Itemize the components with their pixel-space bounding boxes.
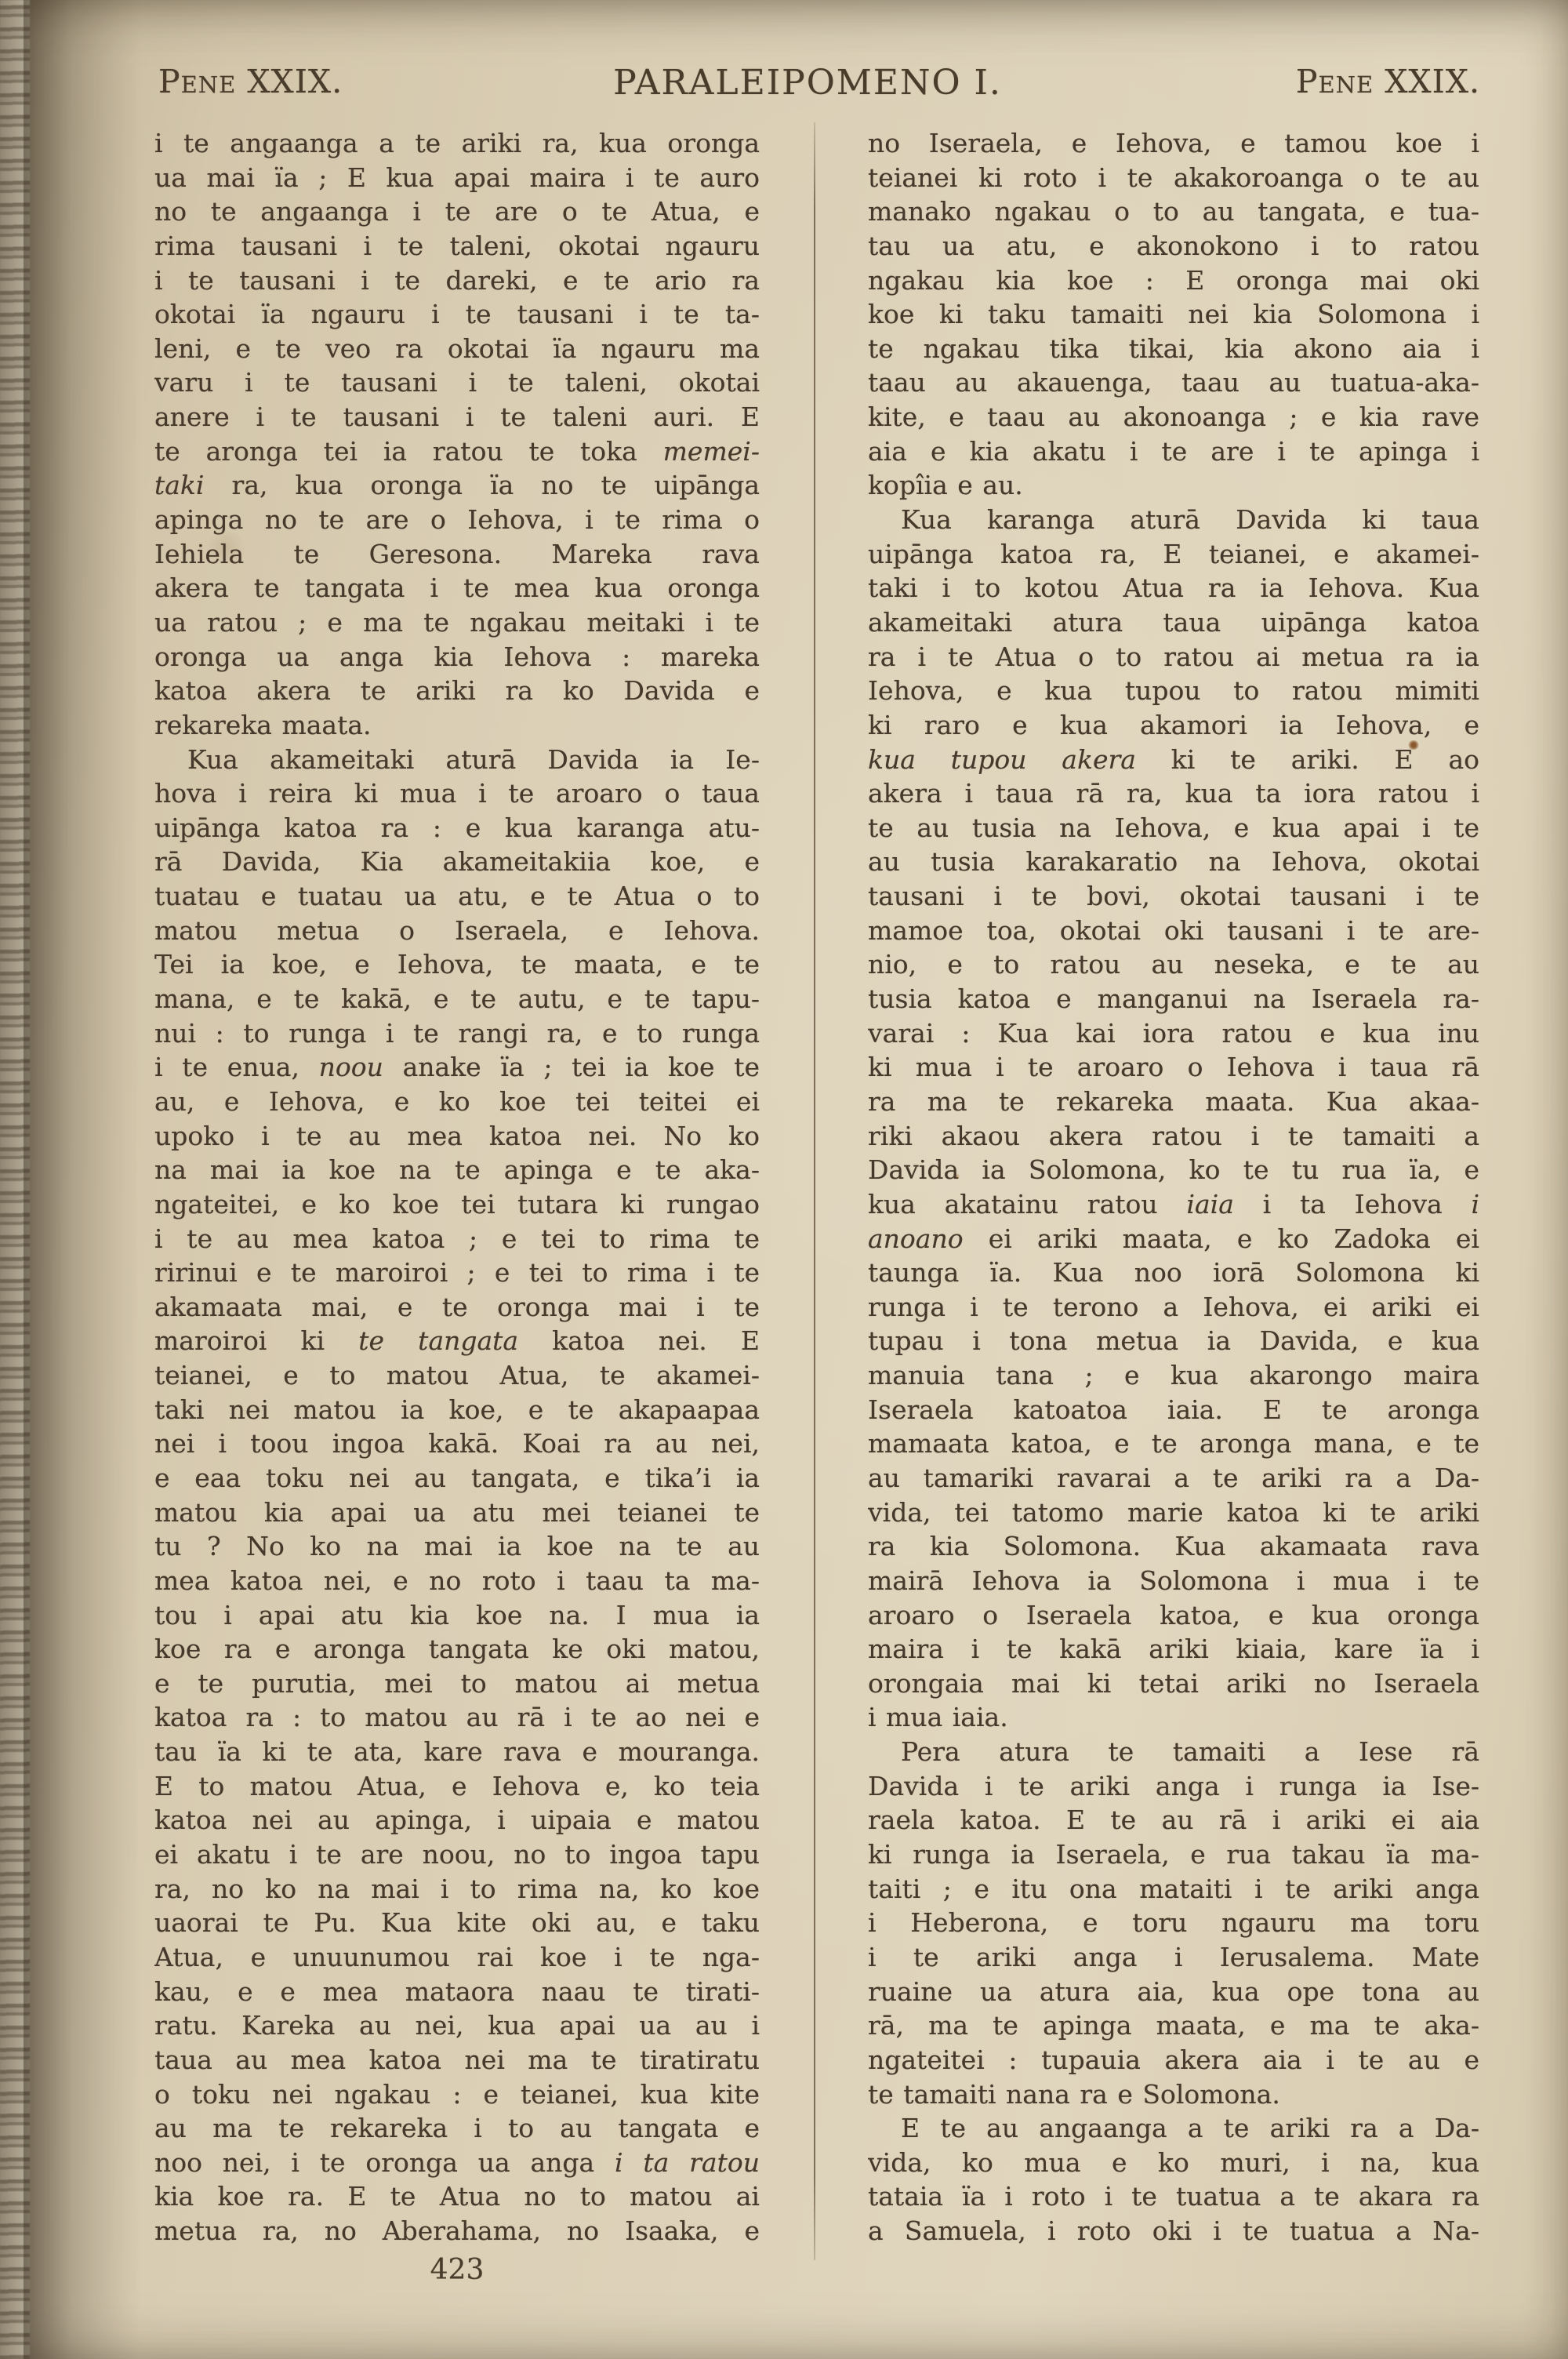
text-run: Tei ia koe, e Iehova, te maata, e te bbox=[154, 949, 760, 980]
text-run: upoko i te au mea katoa nei. No ko bbox=[154, 1121, 760, 1151]
text-run: i te enua, bbox=[154, 1052, 319, 1082]
text-line: varai : Kua kai iora ratou e kua inu22 bbox=[868, 1016, 1479, 1051]
text-line: manako ngakau o to au tangata, e tua- bbox=[868, 194, 1479, 229]
text-line: teianei, e to matou Atua, te akamei- bbox=[154, 1358, 760, 1393]
text-line: orongaia mai ki tetai ariki no Iseraela bbox=[868, 1667, 1479, 1701]
text-run: te au tusia na Iehova, e kua apai i te bbox=[868, 812, 1479, 843]
text-run: o toku nei ngakau : e teianei, kua kite bbox=[154, 2079, 760, 2110]
text-line: tuatau e tuatau ua atu, e te Atua o to bbox=[154, 879, 760, 914]
text-run: teianei, e to matou Atua, te akamei- bbox=[154, 1360, 760, 1390]
text-run: au tusia karakaratio na Iehova, okotai bbox=[868, 846, 1479, 877]
text-line: upoko i te au mea katoa nei. No ko12 bbox=[154, 1119, 760, 1154]
text-line: e eaa toku nei au tangata, e tika’i ia bbox=[154, 1461, 760, 1496]
text-run: katoa ra : to matou au rā i te ao nei e bbox=[154, 1702, 760, 1732]
text-line: koe ki taku tamaiti nei kia Solomona i bbox=[868, 297, 1479, 332]
text-line: nei i toou ingoa kakā. Koai ra au nei,14 bbox=[154, 1427, 760, 1461]
text-line: akera i taua rā ra, kua ta iora ratou i bbox=[868, 776, 1479, 811]
page-number: 423 bbox=[154, 2254, 760, 2286]
text-line: aroaro o Iseraela katoa, e kua oronga bbox=[868, 1598, 1479, 1633]
text-run: tausani i te bovi, okotai tausani i te bbox=[868, 881, 1479, 911]
text-run: oronga ua anga kia Iehova : mareka bbox=[154, 642, 760, 672]
text-run: ra i te Atua o to ratou ai metua ra ia bbox=[868, 642, 1479, 672]
text-line: Iseraela katoatoa iaia. E te aronga24 bbox=[868, 1393, 1479, 1427]
column-divider-rule bbox=[814, 122, 815, 2260]
text-run: taiti ; e itu ona mataiti i te ariki ang… bbox=[868, 1874, 1479, 1904]
text-run: ki mua i te aroaro o Iehova i taua rā bbox=[868, 1052, 1479, 1082]
text-line: na mai ia koe na te apinga e te aka- bbox=[154, 1153, 760, 1187]
text-run: ua ratou ; e ma te ngakau meitaki i te bbox=[154, 607, 760, 638]
text-line: i te enua, noou anake ïa ; tei ia koe te bbox=[154, 1050, 760, 1085]
text-run: a Samuela, i roto oki i te tuatua a Na- bbox=[868, 2215, 1479, 2246]
text-line: katoa akera te ariki ra ko Davida e bbox=[154, 674, 760, 708]
text-line: tau ua atu, e akonokono i to ratou bbox=[868, 229, 1479, 264]
text-run: mairā Iehova ia Solomona i mua i te bbox=[868, 1565, 1479, 1596]
text-line: tou i apai atu kia koe na. I mua ia15 bbox=[154, 1598, 760, 1633]
text-run: uaorai te Pu. Kua kite oki au, e taku bbox=[154, 1907, 760, 1938]
text-line: anoano ei ariki maata, e ko Zadoka ei bbox=[868, 1222, 1479, 1256]
text-run: ra kia Solomona. Kua akamaata rava bbox=[868, 1531, 1479, 1561]
text-run: runga i te terono a Iehova, ei ariki ei bbox=[868, 1292, 1479, 1322]
text-run: Kua akameitaki aturā Davida ia Ie- bbox=[187, 744, 760, 775]
text-line: metua ra, no Aberahama, no Isaaka, e bbox=[154, 2214, 760, 2248]
text-line: ra i te Atua o to ratou ai metua ra ia bbox=[868, 640, 1479, 674]
text-line: matou metua o Iseraela, e Iehova. bbox=[154, 914, 760, 948]
scanned-book-page: Pene XXIX. PARALEIPOMENO I. Pene XXIX. i… bbox=[0, 0, 1568, 2359]
text-line: rekareka maata. bbox=[154, 708, 760, 743]
text-run: nio, e to ratou au neseka, e te au bbox=[868, 949, 1479, 980]
text-line: ra ma te rekareka maata. Kua akaa- bbox=[868, 1085, 1479, 1119]
text-line: au tusia karakaratio na Iehova, okotai bbox=[868, 845, 1479, 879]
text-line: Davida ia Solomona, ko te tu rua ïa, e bbox=[868, 1153, 1479, 1187]
text-run: taki i to kotou Atua ra ia Iehova. Kua bbox=[868, 572, 1479, 603]
text-line: taunga ïa. Kua noo iorā Solomona ki23 bbox=[868, 1256, 1479, 1290]
text-line: runga i te terono a Iehova, ei ariki ei bbox=[868, 1290, 1479, 1325]
text-run: nui : to runga i te rangi ra, e to runga bbox=[154, 1018, 760, 1049]
text-line: katoa nei au apinga, i uipaia e matou bbox=[154, 1803, 760, 1837]
text-line: koe ra e aronga tangata ke oki matou, bbox=[154, 1632, 760, 1667]
text-line: ratu. Kareka au nei, kua apai ua au i bbox=[154, 2008, 760, 2043]
text-line: kua tupou akera ki te ariki. E ao21 bbox=[868, 743, 1479, 777]
text-run: i ta Iehova bbox=[1234, 1189, 1472, 1219]
text-run: ngakau kia koe : E oronga mai oki bbox=[868, 265, 1479, 296]
text-line: au ma te rekareka i to au tangata e bbox=[154, 2111, 760, 2146]
text-line: matou kia apai ua atu mei teianei te bbox=[154, 1496, 760, 1530]
text-line: ngateitei, e ko koe tei tutara ki rungao bbox=[154, 1187, 760, 1222]
text-line: rima tausani i te taleni, okotai ngauru bbox=[154, 229, 760, 264]
text-run: tou i apai atu kia koe na. I mua ia bbox=[154, 1600, 760, 1630]
text-line: ki mua i te aroaro o Iehova i taua rā bbox=[868, 1050, 1479, 1085]
text-run: matou metua o Iseraela, e Iehova. bbox=[154, 915, 760, 946]
text-run: kua akatainu ratou bbox=[868, 1189, 1186, 1219]
text-run: au, e Iehova, e ko koe tei teitei ei bbox=[154, 1086, 760, 1117]
text-run: akera te tangata i te mea kua oronga bbox=[154, 572, 760, 603]
text-line: i te angaanga a te ariki ra, kua oronga bbox=[154, 126, 760, 161]
text-run: koe ki taku tamaiti nei kia Solomona i bbox=[868, 299, 1479, 329]
italic-phrase: taki bbox=[154, 470, 205, 500]
text-run: kite, e taau au akonoanga ; e kia rave bbox=[868, 402, 1479, 432]
text-run: manako ngakau o to au tangata, e tua- bbox=[868, 196, 1479, 227]
text-line: kua akatainu ratou iaia i ta Iehova i bbox=[868, 1187, 1479, 1222]
running-head-chapter-right: Pene XXIX. bbox=[1296, 63, 1480, 100]
text-run: Iehiela te Geresona. Mareka rava bbox=[154, 539, 760, 569]
text-line: varu i te tausani i te taleni, okotai bbox=[154, 365, 760, 400]
text-line: rā Davida, Kia akameitakiia koe, e bbox=[154, 845, 760, 879]
text-run: vida, tei tatomo marie katoa ki te ariki bbox=[868, 1497, 1479, 1528]
text-line: katoa ra : to matou au rā i te ao nei e bbox=[154, 1700, 760, 1735]
left-text-column: i te angaanga a te ariki ra, kua orongau… bbox=[154, 126, 760, 2248]
text-line: ki runga ia Iseraela, e rua takau ïa ma- bbox=[868, 1837, 1479, 1872]
text-line: ua mai ïa ; E kua apai maira i te auro7 bbox=[154, 161, 760, 195]
text-line: taki nei matou ia koe, e te akapaapaa bbox=[154, 1393, 760, 1427]
text-run: akamaata mai, e te oronga mai i te bbox=[154, 1292, 760, 1322]
text-run: taau au akauenga, taau au tuatua-aka- bbox=[868, 367, 1479, 398]
text-line: ririnui e te maroiroi ; e tei to rima i … bbox=[154, 1256, 760, 1290]
text-run: anake ïa ; tei ia koe te bbox=[383, 1052, 760, 1082]
text-line: ngateitei : tupauia akera aia i te au e bbox=[868, 2043, 1479, 2077]
text-run: teianei ki roto i te akakoroanga o te au bbox=[868, 162, 1479, 193]
text-line: maira i te kakā ariki kiaia, kare ïa i bbox=[868, 1632, 1479, 1667]
text-run: akameitaki atura taua uipānga katoa bbox=[868, 607, 1479, 638]
text-run: rima tausani i te taleni, okotai ngauru bbox=[154, 231, 760, 261]
text-line: i Heberona, e toru ngauru ma toru bbox=[868, 1906, 1479, 1940]
text-line: taau au akauenga, taau au tuatua-aka- bbox=[868, 365, 1479, 400]
italic-phrase: i bbox=[1471, 1189, 1479, 1219]
text-line: hova i reira ki mua i te aroaro o taua bbox=[154, 776, 760, 811]
text-run: kopîia e au. bbox=[868, 470, 1023, 500]
text-run: ra ma te rekareka maata. Kua akaa- bbox=[868, 1086, 1479, 1117]
text-run: te ngakau tika tikai, kia akono aia i bbox=[868, 333, 1479, 364]
text-run: Kua karanga aturā Davida ki taua bbox=[901, 504, 1479, 535]
text-line: Davida i te ariki anga i runga ia Ise- bbox=[868, 1769, 1479, 1804]
text-line: Atua, e unuunumou rai koe i te nga- bbox=[154, 1940, 760, 1975]
text-line: kopîia e au. bbox=[868, 468, 1479, 503]
text-run: riki akaou akera ratou i te tamaiti a bbox=[868, 1121, 1479, 1151]
text-run: au ma te rekareka i to au tangata e bbox=[154, 2113, 760, 2143]
text-line: te aronga tei ia ratou te toka memei- bbox=[154, 434, 760, 469]
text-line: apinga no te are o Iehova, i te rima o bbox=[154, 503, 760, 537]
text-line: mea katoa nei, e no roto i taau ta ma- bbox=[154, 1564, 760, 1598]
text-line: tau ïa ki te ata, kare rava e mouranga. bbox=[154, 1735, 760, 1769]
text-run: no te angaanga i te are o te Atua, e bbox=[154, 196, 760, 227]
text-run: rekareka maata. bbox=[154, 710, 372, 740]
text-run: e eaa toku nei au tangata, e tika’i ia bbox=[154, 1463, 760, 1493]
text-line: ua ratou ; e ma te ngakau meitaki i te bbox=[154, 605, 760, 640]
text-line: nio, e to ratou au neseka, e te au bbox=[868, 947, 1479, 982]
text-run: i mua iaia. bbox=[868, 1702, 1008, 1732]
text-line: kia koe ra. E te Atua no to matou ai18 bbox=[154, 2179, 760, 2214]
text-line: tataia ïa i roto i te tuatua a te akara … bbox=[868, 2179, 1479, 2214]
text-line: raela katoa. E te au rā i ariki ei aia27 bbox=[868, 1803, 1479, 1837]
text-run: ei akatu i te are noou, no to ingoa tapu bbox=[154, 1839, 760, 1870]
text-line: uaorai te Pu. Kua kite oki au, e taku17 bbox=[154, 1906, 760, 1940]
text-line: te au tusia na Iehova, e kua apai i te bbox=[868, 811, 1479, 845]
text-line: taua au mea katoa nei ma te tiratiratu bbox=[154, 2043, 760, 2077]
text-run: i te tausani i te dareki, e te ario ra bbox=[154, 265, 760, 296]
text-run: ruaine ua atura aia, kua ope tona au bbox=[868, 1976, 1479, 2007]
italic-phrase: te tangata bbox=[358, 1325, 518, 1356]
text-run: kau, e e mea mataora naau te tirati- bbox=[154, 1976, 760, 2007]
text-run: i Heberona, e toru ngauru ma toru bbox=[868, 1907, 1479, 1938]
text-run: Davida i te ariki anga i runga ia Ise- bbox=[868, 1771, 1479, 1801]
text-line: akameitaki atura taua uipānga katoa bbox=[868, 605, 1479, 640]
text-run: noo nei, i te oronga ua anga bbox=[154, 2147, 615, 2178]
text-run: ra, no ko na mai i to rima na, ko koe bbox=[154, 1874, 760, 1904]
text-line: taki i to kotou Atua ra ia Iehova. Kua bbox=[868, 571, 1479, 605]
text-run: Iseraela katoatoa iaia. E te aronga bbox=[868, 1394, 1479, 1425]
facing-page-edge bbox=[0, 0, 30, 2359]
text-line: tusia katoa e manganui na Iseraela ra- bbox=[868, 982, 1479, 1016]
text-run: rā, ma te apinga maata, e ma te aka- bbox=[868, 2010, 1479, 2041]
text-line: ngakau kia koe : E oronga mai oki19 bbox=[868, 264, 1479, 298]
running-head-chapter-left: Pene XXIX. bbox=[158, 63, 343, 100]
text-line: kau, e e mea mataora naau te tirati- bbox=[154, 1975, 760, 2009]
text-run: aroaro o Iseraela katoa, e kua oronga bbox=[868, 1600, 1479, 1630]
text-run: mamaata katoa, e te aronga mana, e te bbox=[868, 1428, 1479, 1459]
text-run: ngateitei : tupauia akera aia i te au e bbox=[868, 2045, 1479, 2075]
text-run: ngateitei, e ko koe tei tutara ki rungao bbox=[154, 1189, 760, 1219]
text-run: na mai ia koe na te apinga e te aka- bbox=[154, 1154, 760, 1185]
text-run: maroiroi ki bbox=[154, 1325, 358, 1356]
text-run: ki runga ia Iseraela, e rua takau ïa ma- bbox=[868, 1839, 1479, 1870]
text-run: rā Davida, Kia akameitakiia koe, e bbox=[154, 846, 760, 877]
text-run: au tamariki ravarai a te ariki ra a Da- bbox=[868, 1463, 1479, 1493]
text-run: te tamaiti nana ra e Solomona. bbox=[868, 2079, 1280, 2110]
italic-phrase: anoano bbox=[868, 1223, 964, 1254]
text-run: taunga ïa. Kua noo iorā Solomona ki bbox=[868, 1257, 1479, 1288]
text-line: akera te tangata i te mea kua oronga bbox=[154, 571, 760, 605]
text-line: manuia tana ; e kua akarongo maira bbox=[868, 1358, 1479, 1393]
text-run: i te angaanga a te ariki ra, kua oronga bbox=[154, 128, 760, 158]
text-line: rā, ma te apinga maata, e ma te aka- bbox=[868, 2008, 1479, 2043]
italic-phrase: noou bbox=[319, 1052, 383, 1082]
text-run: Atua, e unuunumou rai koe i te nga- bbox=[154, 1942, 760, 1972]
text-line: Pera atura te tamaiti a Iese rā26 bbox=[868, 1735, 1479, 1769]
text-run: manuia tana ; e kua akarongo maira bbox=[868, 1360, 1479, 1390]
text-run: e te purutia, mei to matou ai metua bbox=[154, 1668, 760, 1699]
text-line: okotai ïa ngauru i te tausani i te ta- bbox=[154, 297, 760, 332]
text-run: i te ariki anga i Ierusalema. Mate bbox=[868, 1942, 1479, 1972]
text-run: tau ïa ki te ata, kare rava e mouranga. bbox=[154, 1736, 760, 1767]
text-run: varu i te tausani i te taleni, okotai bbox=[154, 367, 760, 398]
text-run: tupau i tona metua ia Davida, e kua bbox=[868, 1325, 1479, 1356]
text-run: mana, e te kakā, e te autu, e te tapu- bbox=[154, 983, 760, 1014]
text-line: i te tausani i te dareki, e te ario ra bbox=[154, 264, 760, 298]
text-line: ki raro e kua akamori ia Iehova, e bbox=[868, 708, 1479, 743]
text-run: matou kia apai ua atu mei teianei te bbox=[154, 1497, 760, 1528]
text-line: Tei ia koe, e Iehova, te maata, e te11 bbox=[154, 947, 760, 982]
text-run: no Iseraela, e Iehova, e tamou koe i bbox=[868, 128, 1479, 158]
text-line: au tamariki ravarai a te ariki ra a Da- bbox=[868, 1461, 1479, 1496]
text-run: Iehova, e kua tupou to ratou mimiti bbox=[868, 675, 1479, 706]
text-run: uipānga katoa ra, E teianei, e akamei- bbox=[868, 539, 1479, 569]
text-line: taiti ; e itu ona mataiti i te ariki ang… bbox=[868, 1872, 1479, 1906]
text-line: mana, e te kakā, e te autu, e te tapu- bbox=[154, 982, 760, 1016]
text-run: ratu. Kareka au nei, kua apai ua au i bbox=[154, 2010, 760, 2041]
text-line: akamaata mai, e te oronga mai i te bbox=[154, 1290, 760, 1325]
text-run: tau ua atu, e akonokono i to ratou bbox=[868, 231, 1479, 261]
text-run: E to matou Atua, e Iehova e, ko teia bbox=[154, 1771, 760, 1801]
text-run: kia koe ra. E te Atua no to matou ai bbox=[154, 2181, 760, 2212]
text-line: no te angaanga i te are o te Atua, e bbox=[154, 194, 760, 229]
italic-phrase: kua tupou akera bbox=[868, 744, 1136, 775]
text-run: raela katoa. E te au rā i ariki ei aia bbox=[868, 1805, 1479, 1835]
italic-phrase: i ta ratou bbox=[615, 2147, 760, 2178]
text-line: te tamaiti nana ra e Solomona. bbox=[868, 2077, 1479, 2112]
text-run: hova i reira ki mua i te aroaro o taua bbox=[154, 778, 760, 809]
text-line: o toku nei ngakau : e teianei, kua kite bbox=[154, 2077, 760, 2112]
text-run: taua au mea katoa nei ma te tiratiratu bbox=[154, 2045, 760, 2075]
text-run: maira i te kakā ariki kiaia, kare ïa i bbox=[868, 1634, 1479, 1664]
italic-phrase: iaia bbox=[1186, 1189, 1233, 1219]
text-line: no Iseraela, e Iehova, e tamou koe i bbox=[868, 126, 1479, 161]
text-line: oronga ua anga kia Iehova : mareka bbox=[154, 640, 760, 674]
text-run: tu ? No ko na mai ia koe na te au bbox=[154, 1531, 760, 1561]
text-run: anere i te tausani i te taleni auri. E bbox=[154, 402, 760, 432]
text-line: Kua karanga aturā Davida ki taua20 bbox=[868, 503, 1479, 537]
text-line: Kua akameitaki aturā Davida ia Ie-10 bbox=[154, 743, 760, 777]
text-line: teianei ki roto i te akakoroanga o te au bbox=[868, 161, 1479, 195]
text-line: taki ra, kua oronga ïa no te uipānga bbox=[154, 468, 760, 503]
text-run: katoa nei au apinga, i uipaia e matou bbox=[154, 1805, 760, 1835]
text-line: kite, e taau au akonoanga ; e kia rave bbox=[868, 400, 1479, 434]
text-run: ei ariki maata, e ko Zadoka ei bbox=[964, 1223, 1479, 1254]
text-line: ra, no ko na mai i to rima na, ko koe bbox=[154, 1872, 760, 1906]
text-line: nui : to runga i te rangi ra, e to runga bbox=[154, 1016, 760, 1051]
text-line: vida, tei tatomo marie katoa ki te ariki bbox=[868, 1496, 1479, 1530]
text-run: ki te ariki. E ao bbox=[1136, 744, 1479, 775]
text-run: vida, ko mua e ko muri, i na, kua bbox=[868, 2147, 1479, 2178]
text-run: mamoe toa, okotai oki tausani i te are- bbox=[868, 915, 1479, 946]
text-run: aia e kia akatu i te are i te apinga i bbox=[868, 436, 1479, 467]
text-line: i te au mea katoa ; e tei to rima te bbox=[154, 1222, 760, 1256]
text-run: Pera atura te tamaiti a Iese rā bbox=[901, 1736, 1479, 1767]
text-run: varai : Kua kai iora ratou e kua inu bbox=[868, 1018, 1479, 1049]
text-run: koe ra e aronga tangata ke oki matou, bbox=[154, 1634, 760, 1664]
text-line: E te au angaanga a te ariki ra a Da-29 bbox=[868, 2111, 1479, 2146]
text-line: tausani i te bovi, okotai tausani i te bbox=[868, 879, 1479, 914]
text-line: i te ariki anga i Ierusalema. Mate28 bbox=[868, 1940, 1479, 1975]
text-run: apinga no te are o Iehova, i te rima o bbox=[154, 504, 760, 535]
text-line: mairā Iehova ia Solomona i mua i te bbox=[868, 1564, 1479, 1598]
text-line: Iehiela te Geresona. Mareka rava9 bbox=[154, 537, 760, 572]
text-run: katoa akera te ariki ra ko Davida e bbox=[154, 675, 760, 706]
text-line: riki akaou akera ratou i te tamaiti a bbox=[868, 1119, 1479, 1154]
text-run: leni, e te veo ra okotai ïa ngauru ma bbox=[154, 333, 760, 364]
text-run: katoa nei. E bbox=[518, 1325, 760, 1356]
text-line: anere i te tausani i te taleni auri. E8 bbox=[154, 400, 760, 434]
text-run: ririnui e te maroiroi ; e tei to rima i … bbox=[154, 1257, 760, 1288]
right-text-column: no Iseraela, e Iehova, e tamou koe iteia… bbox=[868, 126, 1479, 2248]
text-line: ei akatu i te are noou, no to ingoa tapu bbox=[154, 1837, 760, 1872]
text-run: orongaia mai ki tetai ariki no Iseraela bbox=[868, 1668, 1479, 1699]
text-line: vida, ko mua e ko muri, i na, kua bbox=[868, 2146, 1479, 2180]
italic-phrase: memei- bbox=[663, 436, 760, 467]
text-line: noo nei, i te oronga ua anga i ta ratou bbox=[154, 2146, 760, 2180]
text-line: a Samuela, i roto oki i te tuatua a Na- bbox=[868, 2214, 1479, 2248]
text-line: ra kia Solomona. Kua akamaata rava25 bbox=[868, 1529, 1479, 1564]
text-line: aia e kia akatu i te are i te apinga i bbox=[868, 434, 1479, 469]
text-run: ki raro e kua akamori ia Iehova, e bbox=[868, 710, 1479, 740]
text-run: taki nei matou ia koe, e te akapaapaa bbox=[154, 1394, 760, 1425]
text-run: metua ra, no Aberahama, no Isaaka, e bbox=[154, 2215, 760, 2246]
text-line: te ngakau tika tikai, kia akono aia i bbox=[868, 332, 1479, 366]
text-line: E to matou Atua, e Iehova e, ko teia16 bbox=[154, 1769, 760, 1804]
text-run: i te au mea katoa ; e tei to rima te bbox=[154, 1223, 760, 1254]
text-line: i mua iaia. bbox=[868, 1700, 1479, 1735]
binding-shadow bbox=[24, 0, 141, 2359]
text-run: nei i toou ingoa kakā. Koai ra au nei, bbox=[154, 1428, 760, 1459]
text-line: leni, e te veo ra okotai ïa ngauru ma bbox=[154, 332, 760, 366]
text-line: tupau i tona metua ia Davida, e kua bbox=[868, 1324, 1479, 1358]
text-line: e te purutia, mei to matou ai metua bbox=[154, 1667, 760, 1701]
text-run: tataia ïa i roto i te tuatua a te akara … bbox=[868, 2181, 1479, 2212]
text-run: tuatau e tuatau ua atu, e te Atua o to bbox=[154, 881, 760, 911]
text-line: uipānga katoa ra, E teianei, e akamei- bbox=[868, 537, 1479, 572]
text-run: E te au angaanga a te ariki ra a Da- bbox=[901, 2113, 1479, 2143]
text-run: tusia katoa e manganui na Iseraela ra- bbox=[868, 983, 1479, 1014]
text-run: ua mai ïa ; E kua apai maira i te auro bbox=[154, 162, 760, 193]
text-line: mamaata katoa, e te aronga mana, e te bbox=[868, 1427, 1479, 1461]
text-run: uipānga katoa ra : e kua karanga atu- bbox=[154, 812, 760, 843]
text-run: ra, kua oronga ïa no te uipānga bbox=[205, 470, 760, 500]
text-line: uipānga katoa ra : e kua karanga atu- bbox=[154, 811, 760, 845]
text-run: okotai ïa ngauru i te tausani i te ta- bbox=[154, 299, 760, 329]
text-line: maroiroi ki te tangata katoa nei. E13 bbox=[154, 1324, 760, 1358]
text-run: mea katoa nei, e no roto i taau ta ma- bbox=[154, 1565, 760, 1596]
text-line: tu ? No ko na mai ia koe na te au bbox=[154, 1529, 760, 1564]
text-run: Davida ia Solomona, ko te tu rua ïa, e bbox=[868, 1154, 1479, 1185]
text-run: te aronga tei ia ratou te toka bbox=[154, 436, 663, 467]
text-line: mamoe toa, okotai oki tausani i te are- bbox=[868, 914, 1479, 948]
running-head-book-title: PARALEIPOMENO I. bbox=[613, 63, 1002, 103]
text-line: ruaine ua atura aia, kua ope tona au bbox=[868, 1975, 1479, 2009]
text-run: akera i taua rā ra, kua ta iora ratou i bbox=[868, 778, 1479, 809]
text-line: au, e Iehova, e ko koe tei teitei ei bbox=[154, 1085, 760, 1119]
text-line: Iehova, e kua tupou to ratou mimiti bbox=[868, 674, 1479, 708]
